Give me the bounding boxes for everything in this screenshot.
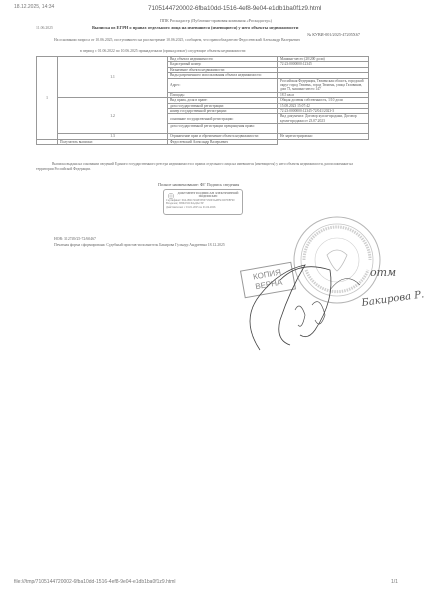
table-row: Получатель выписки: Федосеевский Алексан… xyxy=(37,139,369,144)
signature-box-title: ДОКУМЕНТ ПОДПИСАН ЭЛЕКТРОННОЙ ПОДПИСЬЮ xyxy=(176,192,240,199)
intro-paragraph: На основании запроса от 10.06.2025, пост… xyxy=(36,38,362,43)
organization-name: ППК Роскадастр (Публично-правовая компан… xyxy=(160,18,272,23)
row-label: Адрес: xyxy=(168,78,278,92)
receiver-label: Получатель выписки: xyxy=(58,139,168,144)
handwritten-signature-icon: отм Бакирова Р.А. xyxy=(220,240,424,355)
print-uid: НОВ: 312749/25-72/60467 xyxy=(54,237,96,241)
electronic-signature-box: ДОКУМЕНТ ПОДПИСАН ЭЛЕКТРОННОЙ ПОДПИСЬЮ С… xyxy=(163,189,243,215)
signature-validity: Действителен: с 01.01.2025 по 01.04.2026 xyxy=(166,206,240,209)
table-row: 1.2 Вид права, доля в праве: Общая долев… xyxy=(37,98,369,103)
table-row: 1 1.1 Вид объекта недвижимости: Машино-м… xyxy=(37,57,369,62)
print-note: Печатная форма сформирована: Судебный пр… xyxy=(54,243,225,247)
subsection-number: 1.1 xyxy=(58,57,168,98)
row-value: Российская Федерация, Тюменская область,… xyxy=(278,78,369,92)
receiver-value: Федосеевский Александр Валерьевич xyxy=(168,139,278,144)
print-page-title: 7105144720002-6fba10dd-1516-4ef8-9e04-e1… xyxy=(148,5,321,12)
svg-text:Бакирова Р.А.: Бакирова Р.А. xyxy=(360,288,424,309)
print-footer-url: file:///tmp/7105144720002-6fba10dd-1516-… xyxy=(14,579,176,585)
signature-label: Полное наименование: ФГ Подпись сведения xyxy=(158,182,239,187)
period-paragraph: в период с 01.06.2022 по 10.06.2025 прин… xyxy=(80,49,360,54)
row-label: основание государственной регистрации: xyxy=(168,114,278,124)
property-table: 1 1.1 Вид объекта недвижимости: Машино-м… xyxy=(36,56,369,145)
row-label: Виды разрешенного использования объекта … xyxy=(168,73,278,78)
subsection-number: 1.2 xyxy=(58,98,168,134)
group-number: 1 xyxy=(37,57,58,140)
emblem-icon xyxy=(167,192,175,200)
document-number: № КУВИ-001/2025-47205X67 xyxy=(307,32,360,37)
document-date: 11.06.2025 xyxy=(36,26,53,30)
row-value: Вид документа: Договор купли-продажи, До… xyxy=(278,114,369,124)
row-value xyxy=(278,124,369,134)
print-page-number: 1/1 xyxy=(391,579,398,585)
document-title: Выписка из ЕГРН о правах отдельного лица… xyxy=(92,25,298,30)
print-datetime: 18.12.2025, 14:34 xyxy=(14,4,54,10)
footer-paragraph: Выписка выдана на основании сведений Еди… xyxy=(36,162,366,171)
row-label: дата государственной регистрации прекращ… xyxy=(168,124,278,134)
svg-text:отм: отм xyxy=(370,266,396,279)
row-value: Не зарегистрировано xyxy=(278,134,369,139)
